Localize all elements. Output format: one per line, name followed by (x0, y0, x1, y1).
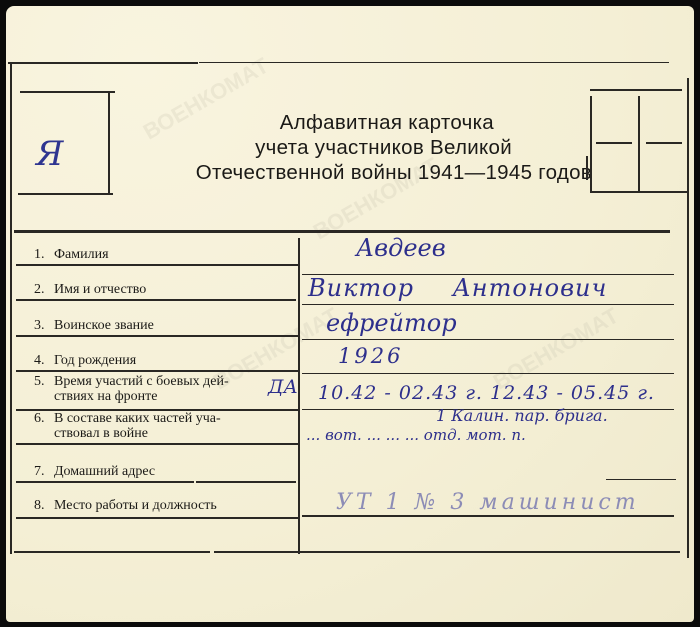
field-label-text: ствовал в войне (54, 426, 148, 441)
field-label-rank: 3.Воинское звание (34, 318, 154, 333)
field-label-name: 2.Имя и отчество (34, 282, 146, 297)
right-box-dash (596, 142, 632, 144)
right-box-left (590, 96, 592, 193)
value-workplace: УТ 1 № 3 машинист (336, 490, 640, 515)
field-label-text: Место работы и должность (54, 498, 217, 513)
field-label-surname: 1.Фамилия (34, 247, 109, 262)
title-line-2: учета участников Великой (116, 135, 592, 160)
field-label-text: Имя и отчество (54, 282, 146, 297)
field-number: 5. (34, 374, 54, 389)
right-box-dash (646, 142, 682, 144)
value-units-line1: 1 Калин. пар. брига. (436, 406, 608, 425)
field-label-units: 6.В составе каких частей уча- ствовал в … (34, 411, 221, 441)
field-label-text: Домашний адрес (54, 464, 155, 479)
value-rule (606, 479, 676, 480)
index-box-bottom (18, 193, 113, 195)
value-rule (302, 515, 674, 517)
row-rule (16, 481, 194, 483)
row-rule (196, 481, 296, 483)
bottom-rule (214, 551, 680, 553)
column-divider (298, 238, 300, 554)
value-units-line2: ... вот. ... ... ... отд. мот. п. (306, 426, 526, 444)
left-border (10, 64, 12, 554)
right-box-bottom (590, 191, 688, 193)
field-label-birth-year: 4.Год рождения (34, 353, 136, 368)
field-number: 3. (34, 318, 54, 333)
index-box-top (20, 91, 115, 93)
field-number: 6. (34, 411, 54, 426)
field-label-text: Время участий с боевых дей- (54, 374, 229, 389)
right-box-mid (638, 96, 640, 193)
right-box-top (590, 89, 682, 91)
table-top-rule (14, 230, 670, 233)
field-label-workplace: 8.Место работы и должность (34, 498, 217, 513)
row-rule (16, 517, 298, 519)
value-rule (302, 339, 674, 340)
field-number: 7. (34, 464, 54, 479)
row-rule (16, 370, 298, 372)
title-line-3: Отечественной войны 1941—1945 годов (116, 160, 592, 185)
value-combat-time: 10.42 - 02.43 г. 12.43 - 05.45 г. (318, 382, 655, 404)
row-rule (16, 264, 298, 266)
value-birth-year: 1926 (338, 344, 403, 368)
field-label-home-address: 7.Домашний адрес (34, 464, 155, 479)
right-border (687, 78, 689, 558)
top-rule (199, 62, 669, 63)
field-number: 4. (34, 353, 54, 368)
value-rule (302, 304, 674, 305)
field-label-text: В составе каких частей уча- (54, 411, 221, 426)
row-rule (16, 335, 298, 337)
field-label-text: Фамилия (54, 247, 109, 262)
field-number: 8. (34, 498, 54, 513)
title-line-1: Алфавитная карточка (116, 110, 592, 135)
bottom-rule (14, 551, 210, 553)
value-rank: ефрейтор (326, 309, 457, 337)
value-rule (302, 373, 674, 374)
card-title: Алфавитная карточка учета участников Вел… (116, 110, 592, 185)
top-rule (8, 62, 198, 64)
field-number: 1. (34, 247, 54, 262)
registration-card: ВОЕНКОМАТ ВОЕНКОМАТ ВОЕНКОМАТ ВОЕНКОМАТ … (6, 6, 694, 622)
field-number: 2. (34, 282, 54, 297)
field-label-combat-time: 5.Время участий с боевых дей- ствиях на … (34, 374, 229, 404)
field-label-text: ствиях на фронте (54, 389, 157, 404)
value-name: Виктор Антонович (308, 274, 607, 302)
index-box-right (108, 91, 110, 194)
row-rule (16, 443, 298, 445)
value-surname: Авдеев (356, 234, 446, 262)
margin-note: ДА (268, 376, 298, 398)
title-right-rule (586, 156, 588, 180)
field-label-text: Воинское звание (54, 318, 154, 333)
row-rule (16, 299, 296, 301)
field-label-text: Год рождения (54, 353, 136, 368)
index-letter: Я (36, 134, 63, 174)
